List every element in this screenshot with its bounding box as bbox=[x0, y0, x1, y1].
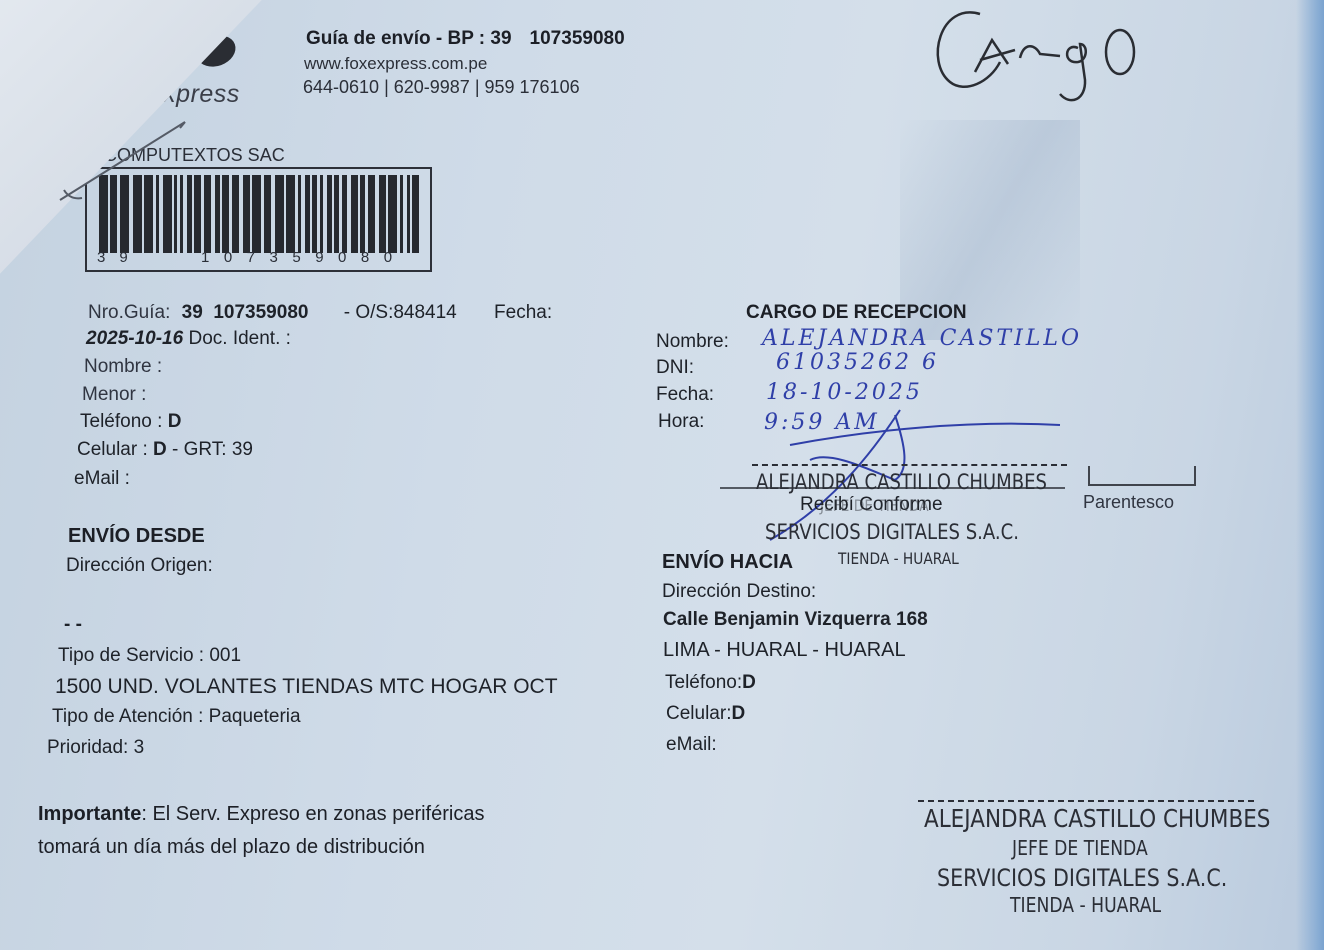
cargo-nombre-handwritten: ALEJANDRA CASTILLO bbox=[762, 326, 1082, 351]
direccion-destino-value: Calle Benjamin Vizquerra 168 bbox=[663, 609, 928, 631]
destino-telefono-value: D bbox=[742, 672, 756, 693]
menor-label: Menor : bbox=[82, 384, 146, 406]
nro-guia-value: 39 107359080 bbox=[182, 302, 309, 323]
fecha-label: Fecha: bbox=[494, 302, 552, 323]
important-line2: tomará un día más del plazo de distribuc… bbox=[38, 836, 425, 858]
celular-row: Celular : D - GRT: 39 bbox=[77, 439, 253, 461]
important-notice: Importante: El Serv. Expreso en zonas pe… bbox=[38, 798, 484, 864]
important-line1: : El Serv. Expreso en zonas periféricas bbox=[141, 803, 484, 825]
destino-telefono-label: Teléfono: bbox=[665, 672, 742, 693]
tipo-servicio: Tipo de Servicio : 001 bbox=[58, 645, 241, 667]
barcode-prefix: 39 bbox=[97, 249, 201, 266]
guide-title-label: Guía de envío - BP : 39 bbox=[306, 28, 512, 49]
guide-title: Guía de envío - BP : 39107359080 bbox=[306, 28, 625, 50]
doc-ident-label: Doc. Ident. : bbox=[188, 328, 290, 349]
tipo-atencion: Tipo de Atención : Paqueteria bbox=[52, 706, 301, 728]
direccion-origen-value: - - bbox=[64, 614, 82, 636]
nro-guia-label: Nro.Guía: bbox=[88, 302, 170, 323]
destino-celular-value: D bbox=[731, 703, 745, 724]
barcode-bars bbox=[99, 175, 419, 253]
destino-email-label: eMail: bbox=[666, 734, 717, 756]
os-number: - O/S:848414 bbox=[344, 302, 457, 323]
stamp-branch: TIENDA - HUARAL bbox=[838, 549, 959, 568]
phone-numbers: 644-0610 | 620-9987 | 959 176106 bbox=[303, 77, 580, 98]
cargo-dni-label: DNI: bbox=[656, 357, 694, 379]
footer-stamp-name: ALEJANDRA CASTILLO CHUMBES bbox=[924, 804, 1270, 833]
important-label: Importante bbox=[38, 803, 141, 825]
barcode-digits: 39 107359080 bbox=[97, 249, 427, 266]
guide-number: 107359080 bbox=[530, 28, 625, 49]
barcode-number: 107359080 bbox=[201, 249, 407, 266]
cargo-fecha-label: Fecha: bbox=[656, 384, 714, 406]
sender-company: COMPUTEXTOS SAC bbox=[104, 145, 285, 166]
paper-edge bbox=[1296, 0, 1324, 950]
footer-stamp-role: JEFE DE TIENDA bbox=[1012, 836, 1148, 860]
signature-line bbox=[752, 464, 1067, 466]
fecha-doc-row: 2025-10-16 Doc. Ident. : bbox=[86, 328, 291, 350]
nombre-label: Nombre : bbox=[84, 356, 162, 378]
direccion-origen-label: Dirección Origen: bbox=[66, 555, 213, 577]
cargo-recepcion-title: CARGO DE RECEPCION bbox=[746, 302, 967, 324]
footer-stamp-branch: TIENDA - HUARAL bbox=[1010, 893, 1161, 917]
telefono-label: Teléfono : bbox=[80, 411, 162, 432]
cargo-hora-label: Hora: bbox=[658, 411, 704, 433]
stamp-name: ALEJANDRA CASTILLO CHUMBES bbox=[756, 470, 1047, 494]
telefono-value: D bbox=[168, 411, 182, 432]
destino-telefono-row: Teléfono:D bbox=[665, 672, 756, 694]
celular-value: D bbox=[153, 439, 167, 460]
destino-celular-label: Celular: bbox=[666, 703, 731, 724]
stamp-company: SERVICIOS DIGITALES S.A.C. bbox=[765, 520, 1019, 544]
handwritten-cargo-note bbox=[920, 2, 1160, 117]
parentesco-box bbox=[1088, 466, 1196, 486]
telefono-row: Teléfono : D bbox=[80, 411, 181, 433]
destino-celular-row: Celular:D bbox=[666, 703, 745, 725]
cargo-nombre-label: Nombre: bbox=[656, 331, 729, 353]
envio-desde-title: ENVÍO DESDE bbox=[68, 525, 205, 548]
cargo-dni-handwritten: 61035262 6 bbox=[776, 350, 939, 375]
footer-stamp-company: SERVICIOS DIGITALES S.A.C. bbox=[937, 864, 1227, 892]
barcode: 39 107359080 bbox=[85, 167, 432, 272]
email-label: eMail : bbox=[74, 468, 130, 490]
nro-guia-row: Nro.Guía: 39 107359080 - O/S:848414 Fech… bbox=[88, 302, 552, 324]
direccion-destino-label: Dirección Destino: bbox=[662, 581, 816, 603]
stamp-role: JEFE DE TIENDA bbox=[820, 496, 929, 515]
parentesco-label: Parentesco bbox=[1083, 492, 1174, 513]
prioridad: Prioridad: 3 bbox=[47, 737, 144, 759]
ubicacion-destino: LIMA - HUARAL - HUARAL bbox=[663, 639, 906, 662]
envio-hacia-title: ENVÍO HACIA bbox=[662, 551, 793, 574]
grt-value: - GRT: 39 bbox=[172, 439, 253, 460]
website: www.foxexpress.com.pe bbox=[304, 54, 487, 74]
fecha-value: 2025-10-16 bbox=[86, 328, 183, 349]
footer-signature-line bbox=[918, 800, 1254, 802]
celular-label: Celular : bbox=[77, 439, 148, 460]
shipment-description: 1500 UND. VOLANTES TIENDAS MTC HOGAR OCT bbox=[55, 675, 558, 699]
